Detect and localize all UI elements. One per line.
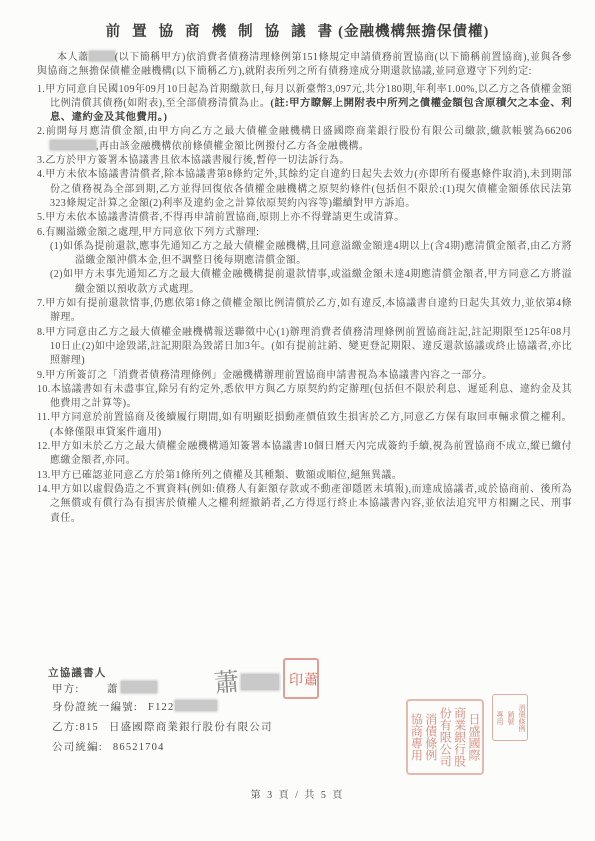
company-id-value: 86521704 bbox=[113, 742, 165, 753]
clause-text: 甲方如未於乙方之最大債權金融機構通知簽署本協議書10個日曆天內完成簽約手續,視為… bbox=[50, 441, 572, 466]
clause-7: 7.甲方如有提前還款情事,仍應依第1條之債權金額比例清償於乙方,如有違反,本協議… bbox=[37, 297, 572, 326]
clause-text: 甲方同意由乙方之最大債權金融機構報送聯徵中心(1)辦理消費者債務清理條例前置協商… bbox=[45, 327, 572, 367]
clause-8: 8.甲方同意由乙方之最大債權金融機構報送聯徵中心(1)辦理消費者債務清理條例前置… bbox=[37, 326, 572, 369]
id-label: 身份證統一編號: bbox=[52, 702, 138, 713]
clause-number: 13. bbox=[37, 470, 51, 481]
signer-section-label: 立協議書人 bbox=[48, 665, 107, 680]
intro-before-name: 本人蕭 bbox=[57, 52, 89, 63]
clause-number: 11. bbox=[37, 412, 50, 423]
verification-seal: 消債條例 銷號 專用 bbox=[492, 694, 528, 741]
clause-text: ,再由該金融機構依前條債權金額比例撥付乙方各金融機構。 bbox=[96, 141, 369, 152]
company-id-row: 公司統編:86521704 bbox=[52, 739, 165, 754]
verification-seal-column: 專用 bbox=[494, 695, 505, 740]
bank-seal-column: 商業銀行股 bbox=[452, 702, 466, 772]
clause-text: 甲方如有提前還款情事,仍應依第1條之債權金額比例清償於乙方,如有違反,本協議書自… bbox=[45, 298, 572, 323]
verification-seal-column: 銷號 bbox=[505, 695, 516, 740]
clause-1: 1.甲方同意自民國109年09月10日起為首期繳款日,每月以新臺幣3,097元,… bbox=[37, 83, 572, 126]
verification-seal-column: 消債條例 bbox=[516, 695, 527, 740]
party-b-row: 乙方:815日盛國際商業銀行股份有限公司 bbox=[52, 719, 273, 734]
clause-6-sub-1: (1)如係為提前還款,應事先通知乙方之最大債權金融機構,且同意溢繳金額達4期以上… bbox=[50, 240, 572, 269]
intro-paragraph: 本人蕭(以下簡稱甲方)依消費者債務清理條例第151條規定申請債務前置協商(以下簡… bbox=[37, 51, 572, 80]
id-value: F122 bbox=[148, 702, 174, 713]
clause-11: 11.甲方同意於前置協商及後續履行期間,如有明顯貶損動產價值致生損害於乙方,同意… bbox=[37, 411, 572, 440]
redaction-box-account bbox=[50, 140, 96, 150]
party-a-label: 甲方: bbox=[52, 681, 80, 696]
name-seal-column: 印 bbox=[287, 660, 302, 697]
party-b-label: 乙方: bbox=[52, 722, 80, 733]
document-body: 本人蕭(以下簡稱甲方)依消費者債務清理條例第151條規定申請債務前置協商(以下簡… bbox=[37, 51, 572, 526]
clause-text: 乙方於甲方簽署本協議書且依本協議書履行後,暫停一切法訴行為。 bbox=[45, 155, 350, 166]
clause-4: 4.甲方未依本協議書清償者,除本協議書第8條約定外,其餘約定自違約日起失去效力(… bbox=[37, 168, 572, 211]
clause-3: 3.乙方於甲方簽署本協議書且依本協議書履行後,暫停一切法訴行為。 bbox=[37, 154, 572, 168]
redaction-box-name bbox=[89, 51, 115, 61]
clause-text: 甲方如以虛假偽造之不實資料(例如:債務人有鉅額存款或不動產卻隱匿未填報),而達成… bbox=[50, 484, 572, 524]
clause-text: 甲方未依本協議書清償者,不得再申請前置協商,原則上亦不得聲請更生或清算。 bbox=[45, 212, 404, 223]
clause-text: 甲方同意於前置協商及後續履行期間,如有明顯貶損動產價值致生損害於乙方,同意乙方保… bbox=[50, 412, 572, 437]
clause-10: 10.本協議書如有未盡事宜,除另有約定外,悉依甲方與乙方原契約約定辦理(包括但不… bbox=[37, 383, 572, 412]
document-title: 前置協商機制協議書(金融機構無擔保債權) bbox=[0, 20, 595, 41]
party-a-printed-name: 蕭 bbox=[107, 681, 157, 696]
clause-5: 5.甲方未依本協議書清償者,不得再申請前置協商,原則上亦不得聲請更生或清算。 bbox=[37, 211, 572, 225]
page-indicator: 第 3 頁 / 共 5 頁 bbox=[0, 786, 595, 801]
clause-number: 12. bbox=[37, 441, 51, 452]
bank-seal-column: 日盛國際 bbox=[467, 702, 481, 772]
redaction-box-id bbox=[175, 700, 217, 711]
redaction-box-party-a-name bbox=[121, 681, 157, 693]
handwritten-signature: 蕭 bbox=[212, 662, 240, 700]
company-id-label: 公司統編: bbox=[52, 742, 103, 753]
clause-number: 14. bbox=[37, 484, 51, 495]
bank-seal-column: 份有限公司 bbox=[438, 702, 452, 772]
clause-text: 前開每月應清償金額,由甲方向乙方之最大債權金融機構日盛國際商業銀行股份有限公司繳… bbox=[45, 126, 572, 137]
clause-13: 13.甲方已確認並同意乙方於第1條所列之債權及其種類、數額或順位,絕無異議。 bbox=[37, 469, 572, 483]
name-seal-column: 蕭 bbox=[302, 660, 317, 697]
redaction-box-signature bbox=[241, 674, 279, 690]
clause-text: 甲方所簽訂之「消費者債務清理條例」金融機構辦理前置協商申請書視為本協議書內容之一… bbox=[45, 370, 492, 381]
party-a-id-row: 身份證統一編號:F122 bbox=[52, 699, 217, 714]
clause-14: 14.甲方如以虛假偽造之不實資料(例如:債務人有鉅額存款或不動產卻隱匿未填報),… bbox=[37, 483, 572, 526]
document-page: 前置協商機制協議書(金融機構無擔保債權) 本人蕭(以下簡稱甲方)依消費者債務清理… bbox=[0, 0, 595, 841]
clause-6: 6.有關溢繳金額之處理,甲方同意依下列方式辦理: bbox=[37, 226, 572, 240]
bank-seal-column: 消債條例 bbox=[423, 702, 437, 772]
clause-9: 9.甲方所簽訂之「消費者債務清理條例」金融機構辦理前置協商申請書視為本協議書內容… bbox=[37, 369, 572, 383]
intro-after-name: (以下簡稱甲方)依消費者債務清理條例第151條規定申請債務前置協商(以下簡稱前置… bbox=[37, 52, 572, 77]
party-a-name-text: 蕭 bbox=[107, 684, 119, 695]
clause-text: 甲方未依本協議書清償者,除本協議書第8條約定外,其餘約定自違約日起失去效力(亦即… bbox=[45, 169, 572, 209]
clause-text: 有關溢繳金額之處理,甲方同意依下列方式辦理: bbox=[45, 227, 259, 238]
clause-text: 本協議書如有未盡事宜,除另有約定外,悉依甲方與乙方原契約約定辦理(包括但不限於利… bbox=[50, 384, 572, 409]
party-b-code: 815 bbox=[80, 722, 99, 733]
clause-2: 2.前開每月應清償金額,由甲方向乙方之最大債權金融機構日盛國際商業銀行股份有限公… bbox=[37, 125, 572, 154]
clause-text: 甲方已確認並同意乙方於第1條所列之債權及其種類、數額或順位,絕無異議。 bbox=[51, 470, 403, 481]
clause-6-sub-2: (2)如甲方未事先通知乙方之最大債權金融機構提前還款情事,或溢繳金額未達4期應清… bbox=[50, 268, 572, 297]
bank-seal: 日盛國際 商業銀行股 份有限公司 消債條例 協商專用 bbox=[406, 699, 484, 775]
document-title-main: 前置協商機制協議書 bbox=[106, 24, 345, 40]
party-b-name: 日盛國際商業銀行股份有限公司 bbox=[109, 722, 273, 733]
clause-number: 10. bbox=[37, 384, 51, 395]
name-seal: 蕭 印 bbox=[283, 658, 319, 699]
clause-12: 12.甲方如未於乙方之最大債權金融機構通知簽署本協議書10個日曆天內完成簽約手續… bbox=[37, 440, 572, 469]
bank-seal-column: 協商專用 bbox=[409, 702, 423, 772]
document-title-parenthetical: (金融機構無擔保債權) bbox=[338, 24, 489, 40]
